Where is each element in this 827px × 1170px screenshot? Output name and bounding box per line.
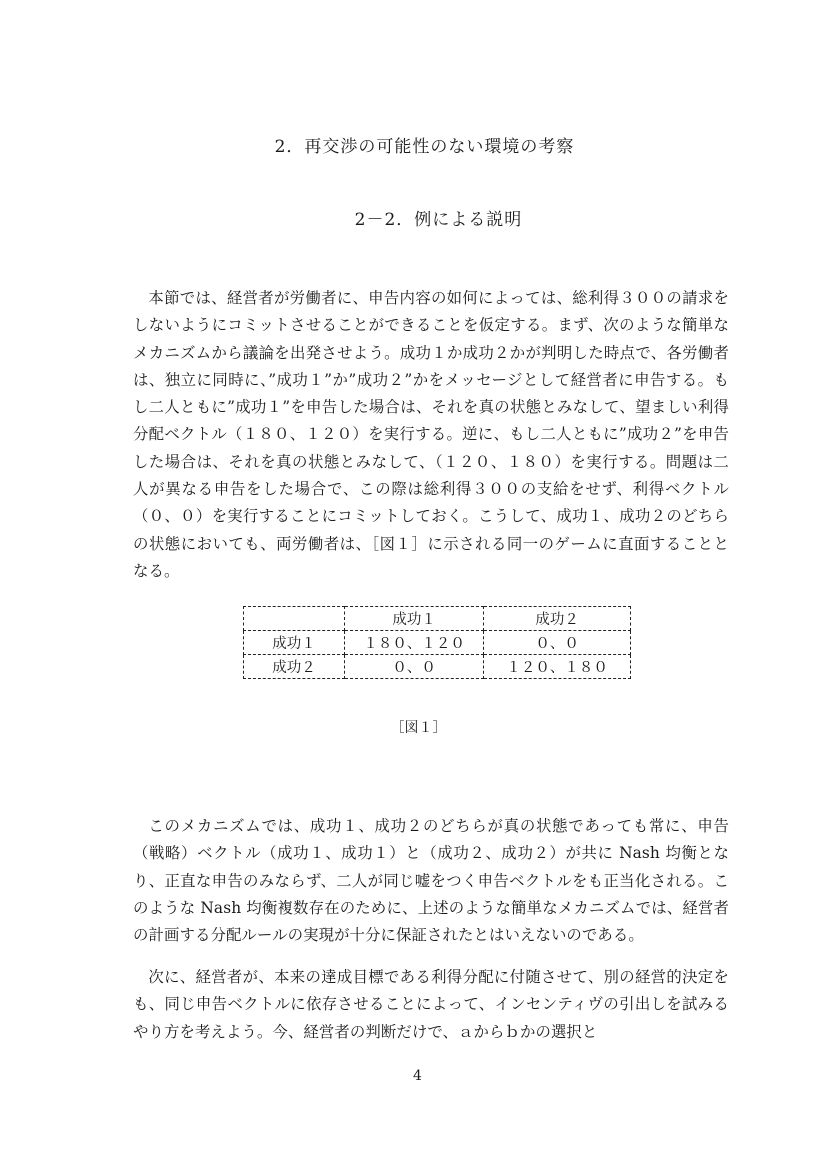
table-corner-cell: [244, 607, 345, 631]
table-row: 成功２ ０、０ １２０、１８０: [244, 655, 631, 679]
table-cell: １２０、１８０: [484, 655, 631, 679]
table-row: 成功１ １８０、１２０ ０、０: [244, 631, 631, 655]
paragraph-mechanism: このメカニズムでは、成功１、成功２のどちらが真の状態であっても常に、申告（戦略）…: [133, 813, 729, 949]
page-number: 4: [0, 1068, 827, 1084]
table-header-cell: 成功２: [484, 607, 631, 631]
table-header-cell: 成功１: [345, 607, 484, 631]
table-cell: ０、０: [345, 655, 484, 679]
table-cell: １８０、１２０: [345, 631, 484, 655]
section-heading: 2．再交渉の可能性のない環境の考察: [0, 132, 827, 157]
table-row-label: 成功１: [244, 631, 345, 655]
document-page: 2．再交渉の可能性のない環境の考察 2－2．例による説明 本節では、経営者が労働…: [0, 0, 827, 1170]
paragraph-next: 次に、経営者が、本来の達成目標である利得分配に付随させて、別の経営的決定をも、同…: [133, 964, 729, 1046]
figure-caption: ［図１］: [0, 717, 827, 737]
table-row-label: 成功２: [244, 655, 345, 679]
payoff-table: 成功１ 成功２ 成功１ １８０、１２０ ０、０ 成功２ ０、０ １２０、１８０: [243, 606, 631, 679]
table-header-row: 成功１ 成功２: [244, 607, 631, 631]
subsection-heading: 2－2．例による説明: [0, 205, 827, 230]
table-cell: ０、０: [484, 631, 631, 655]
paragraph-intro: 本節では、経営者が労働者に、申告内容の如何によっては、総利得３００の請求をしない…: [133, 285, 729, 585]
